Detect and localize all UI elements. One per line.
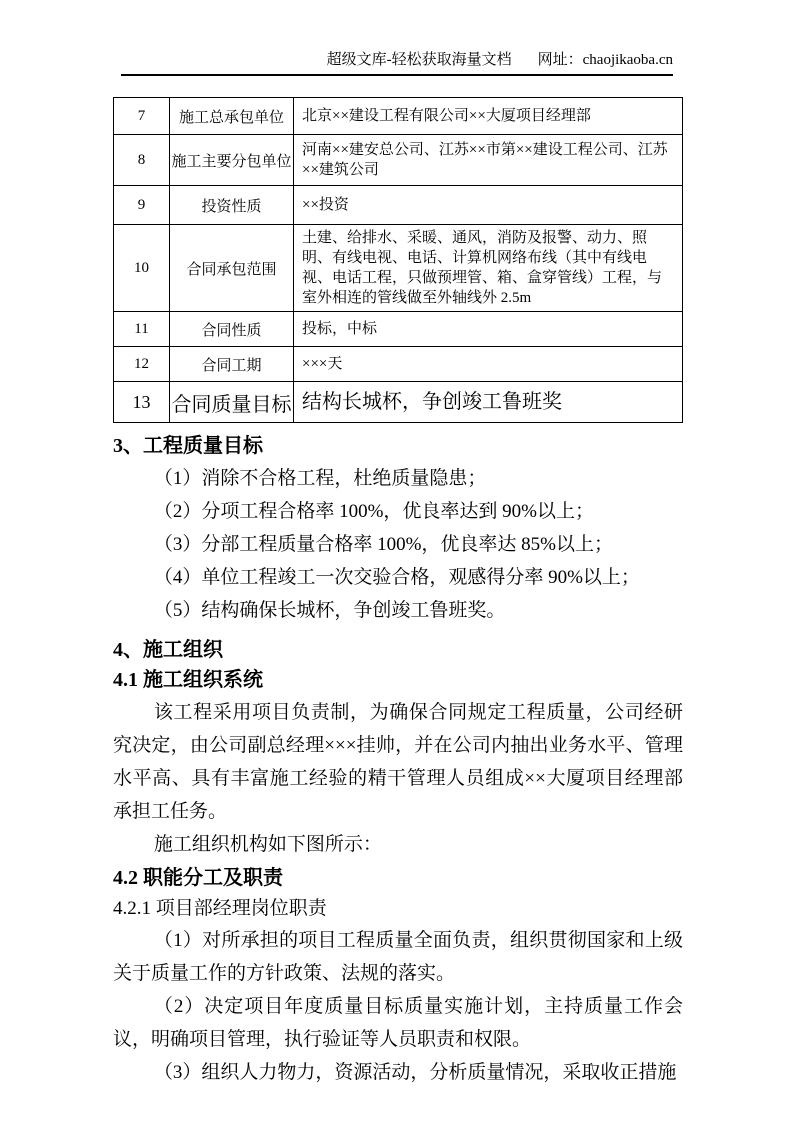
section-4-heading: 4、施工组织	[113, 636, 683, 664]
section-3-heading: 3、工程质量目标	[113, 432, 683, 460]
quality-goal-item: （5）结构确保长城杯，争创竣工鲁班奖。	[113, 594, 683, 627]
manager-duty-item: （1）对所承担的项目工程质量全面负责，组织贯彻国家和上级关于质量工作的方针政策、…	[113, 924, 683, 990]
page-header: 超级文库-轻松获取海量文档网址：chaojikaoba.cn	[121, 50, 673, 76]
row-number-cell: 10	[114, 225, 170, 312]
manager-duty-item: （2）决定项目年度质量目标质量实施计划，主持质量工作会议，明确项目管理，执行验证…	[113, 990, 683, 1056]
section-41-heading: 4.1 施工组织系统	[113, 666, 683, 694]
quality-goal-item: （4）单位工程竣工一次交验合格，观感得分率 90%以上；	[113, 561, 683, 594]
row-number-cell: 8	[114, 135, 170, 186]
row-value-cell: 土建、给排水、采暖、通风，消防及报警、动力、照明、有线电视、电话、计算机网络布线…	[294, 225, 683, 312]
row-label-cell: 施工主要分包单位	[170, 135, 294, 186]
table-row: 10 合同承包范围 土建、给排水、采暖、通风，消防及报警、动力、照明、有线电视、…	[114, 225, 683, 312]
table-row: 7 施工总承包单位 北京××建设工程有限公司××大厦项目经理部	[114, 98, 683, 135]
quality-goal-item: （2）分项工程合格率 100%，优良率达到 90%以上；	[113, 495, 683, 528]
manager-duty-item: （3）组织人力物力，资源活动，分析质量情况，采取收正措施	[113, 1056, 683, 1089]
row-value-cell: 河南××建安总公司、江苏××市第××建设工程公司、江苏××建筑公司	[294, 135, 683, 186]
row-number-cell: 7	[114, 98, 170, 135]
row-label-cell: 合同性质	[170, 312, 294, 347]
table-row: 8 施工主要分包单位 河南××建安总公司、江苏××市第××建设工程公司、江苏××…	[114, 135, 683, 186]
document-content: 7 施工总承包单位 北京××建设工程有限公司××大厦项目经理部 8 施工主要分包…	[113, 97, 683, 1089]
row-label-cell: 投资性质	[170, 186, 294, 225]
quality-goal-item: （3）分部工程质量合格率 100%，优良率达 85%以上；	[113, 528, 683, 561]
project-info-table: 7 施工总承包单位 北京××建设工程有限公司××大厦项目经理部 8 施工主要分包…	[113, 97, 683, 423]
row-value-cell: 结构长城杯，争创竣工鲁班奖	[294, 382, 683, 423]
row-label-cell: 施工总承包单位	[170, 98, 294, 135]
row-number-cell: 12	[114, 347, 170, 382]
row-label-cell: 合同工期	[170, 347, 294, 382]
section-421-heading: 4.2.1 项目部经理岗位职责	[113, 894, 683, 924]
row-value-cell: 北京××建设工程有限公司××大厦项目经理部	[294, 98, 683, 135]
table-row: 9 投资性质 ××投资	[114, 186, 683, 225]
org-chart-note-paragraph: 施工组织机构如下图所示：	[113, 828, 683, 861]
document-page: 超级文库-轻松获取海量文档网址：chaojikaoba.cn 7 施工总承包单位…	[0, 0, 793, 1122]
row-label-cell: 合同承包范围	[170, 225, 294, 312]
header-site-url: 网址：chaojikaoba.cn	[538, 52, 673, 68]
table-row: 11 合同性质 投标，中标	[114, 312, 683, 347]
table-row: 13 合同质量目标 结构长城杯，争创竣工鲁班奖	[114, 382, 683, 423]
row-value-cell: ×××天	[294, 347, 683, 382]
row-label-cell: 合同质量目标	[170, 382, 294, 423]
row-number-cell: 9	[114, 186, 170, 225]
row-number-cell: 13	[114, 382, 170, 423]
row-value-cell: ××投资	[294, 186, 683, 225]
row-number-cell: 11	[114, 312, 170, 347]
header-site-name: 超级文库-轻松获取海量文档	[327, 52, 512, 68]
row-value-cell: 投标，中标	[294, 312, 683, 347]
section-42-heading: 4.2 职能分工及职责	[113, 864, 683, 892]
table-row: 12 合同工期 ×××天	[114, 347, 683, 382]
org-system-paragraph: 该工程采用项目负责制，为确保合同规定工程质量，公司经研究决定，由公司副总经理××…	[113, 696, 683, 828]
quality-goal-item: （1）消除不合格工程，杜绝质量隐患；	[113, 462, 683, 495]
